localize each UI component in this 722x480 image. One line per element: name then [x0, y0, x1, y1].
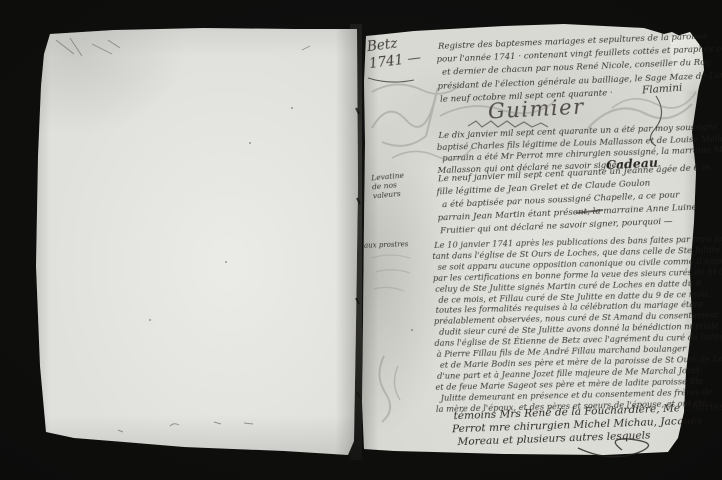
marriage-entry: Le 10 janvier 1741 après les publication…: [432, 234, 694, 414]
margin-annotation: Levatine de nos valeurs: [371, 171, 406, 201]
margin-annotation: aux prostres: [364, 240, 409, 250]
flourished-title-word: Guimier: [487, 94, 585, 123]
baptism-entry-2: Le neuf janvier mil sept cent quarante u…: [436, 163, 696, 239]
archive-scan-view: Betz 1741 — Registre des baptesmes maria…: [0, 0, 722, 480]
margin-annotation-year: Betz 1741 —: [366, 33, 422, 73]
left-page-blank: [34, 26, 358, 458]
